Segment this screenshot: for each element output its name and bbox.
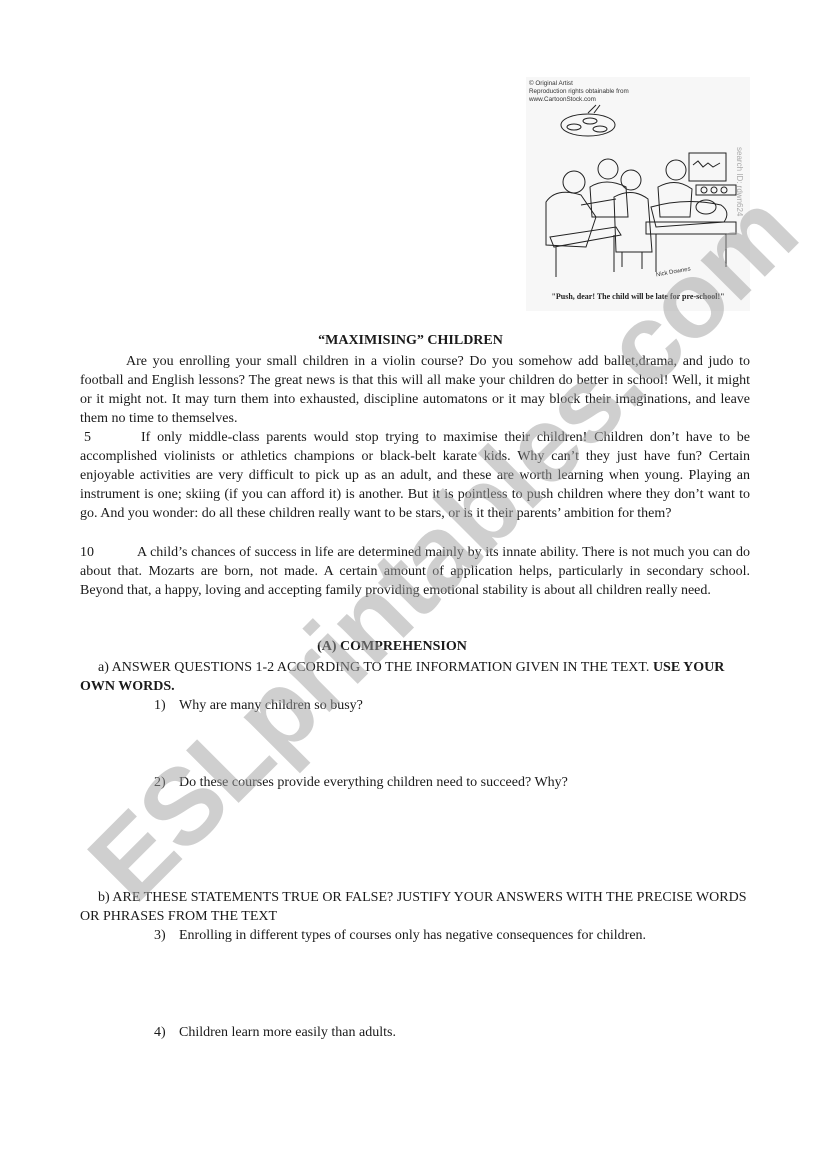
part-b-instruction: b) ARE THESE STATEMENTS TRUE OR FALSE? J… (80, 888, 760, 926)
article-paragraph-1: Are you enrolling your small children in… (80, 352, 750, 428)
line-number: 5 (80, 428, 141, 447)
question-2: 2)Do these courses provide everything ch… (154, 773, 568, 792)
answer-space-3[interactable] (178, 948, 738, 998)
question-3: 3)Enrolling in different types of course… (154, 926, 646, 945)
line-number: 10 (80, 543, 137, 562)
answer-space-4[interactable] (178, 1045, 738, 1095)
cartoon-credit: © Original Artist Reproduction rights ob… (529, 80, 629, 104)
question-1: 1)Why are many children so busy? (154, 696, 363, 715)
article-paragraph-3: 10A child’s chances of success in life a… (80, 543, 750, 600)
article-title: “MAXIMISING” CHILDREN (0, 333, 821, 349)
comprehension-title: (A) COMPREHENSION (0, 639, 784, 655)
surgery-cartoon-drawing: Nick Downes (526, 77, 750, 311)
cartoon-search-id: search ID: rdwn624 (735, 147, 744, 216)
answer-space-1[interactable] (178, 718, 738, 768)
question-4: 4)Children learn more easily than adults… (154, 1023, 396, 1042)
worksheet-page: Nick Downes © Original Artist Reproducti… (0, 0, 821, 1169)
part-a-instruction: a) ANSWER QUESTIONS 1-2 ACCORDING TO THE… (80, 658, 760, 696)
paragraph-text: Are you enrolling your small children in… (80, 354, 750, 426)
cartoon-caption: "Push, dear! The child will be late for … (526, 292, 750, 301)
paragraph-text: If only middle-class parents would stop … (80, 430, 750, 521)
cartoon-image: Nick Downes © Original Artist Reproducti… (526, 77, 750, 311)
artist-signature: Nick Downes (656, 266, 692, 278)
answer-space-2[interactable] (178, 796, 738, 846)
article-paragraph-2: 5If only middle-class parents would stop… (80, 428, 750, 523)
paragraph-text: A child’s chances of success in life are… (80, 545, 750, 598)
